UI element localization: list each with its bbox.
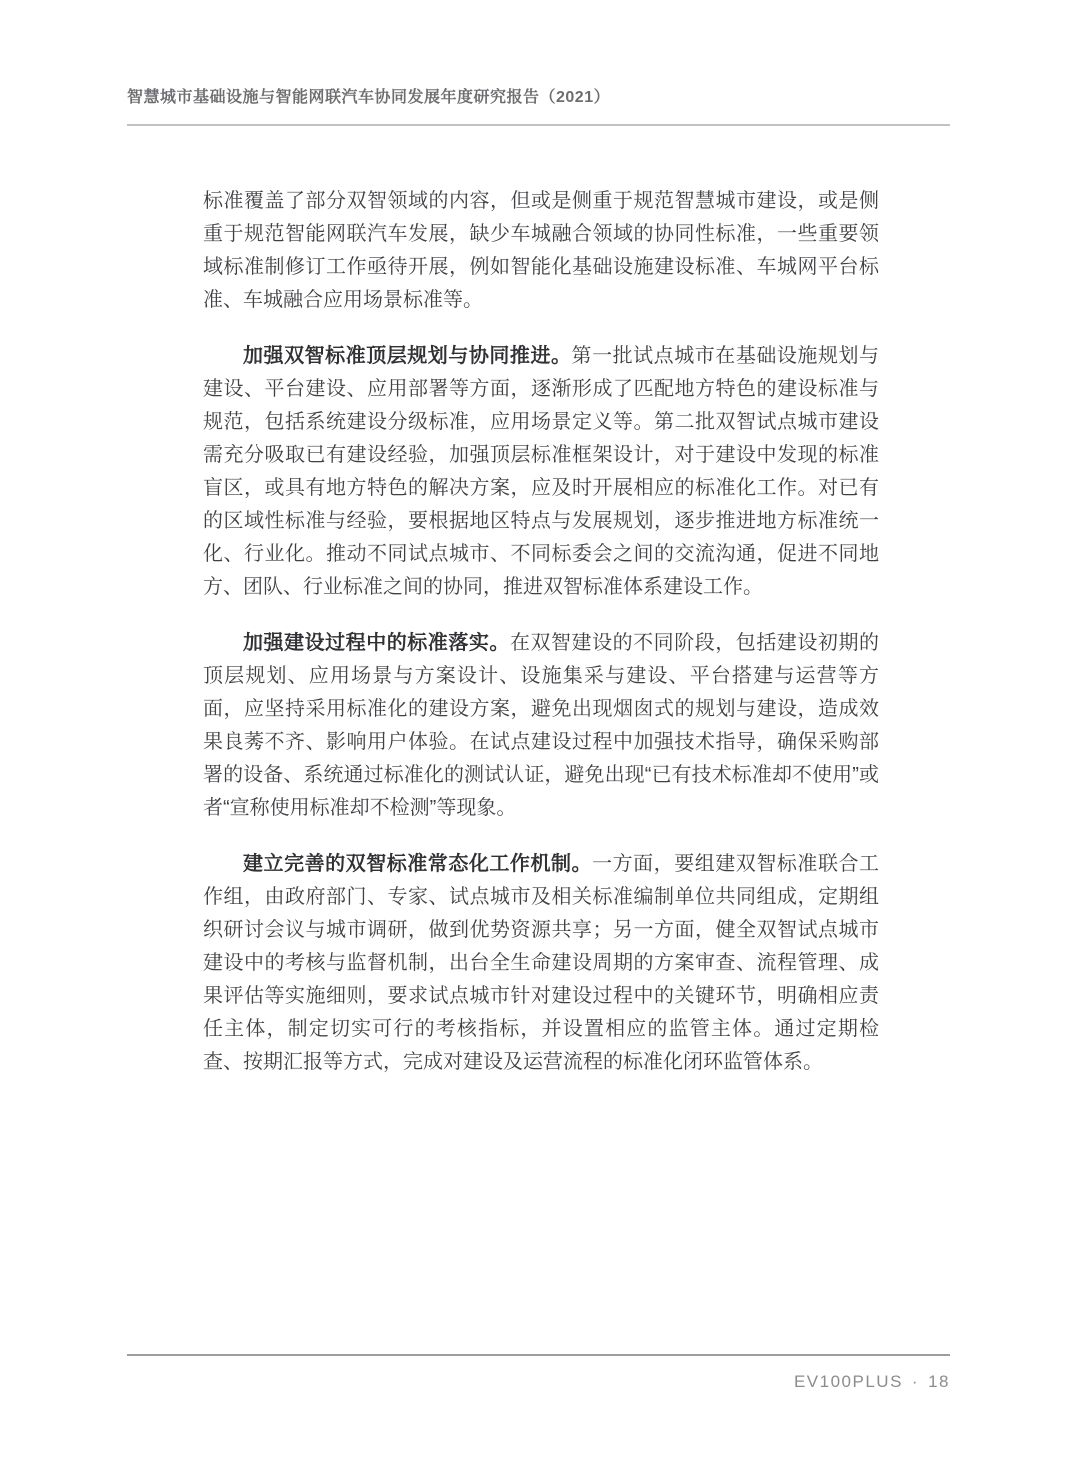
body-paragraph: 加强双智标准顶层规划与协同推进。第一批试点城市在基础设施规划与建设、平台建设、应… xyxy=(203,340,879,604)
footer-page-number: 18 xyxy=(928,1372,950,1391)
body-paragraph: 建立完善的双智标准常态化工作机制。一方面，要组建双智标准联合工作组，由政府部门、… xyxy=(203,848,879,1079)
paragraph-lead: 加强双智标准顶层规划与协同推进。 xyxy=(243,345,572,367)
paragraph-text: 在双智建设的不同阶段，包括建设初期的顶层规划、应用场景与方案设计、设施集采与建设… xyxy=(203,632,879,819)
header-divider xyxy=(127,124,950,126)
paragraph-lead: 建立完善的双智标准常态化工作机制。 xyxy=(243,853,592,875)
page-footer: EV100PLUS·18 xyxy=(127,1354,950,1392)
body-paragraph: 加强建设过程中的标准落实。在双智建设的不同阶段，包括建设初期的顶层规划、应用场景… xyxy=(203,627,879,825)
report-page: 智慧城市基础设施与智能网联汽车协同发展年度研究报告（2021） 标准覆盖了部分双… xyxy=(0,0,1080,1465)
paragraph-text: 第一批试点城市在基础设施规划与建设、平台建设、应用部署等方面，逐渐形成了匹配地方… xyxy=(203,345,879,598)
paragraph-lead: 加强建设过程中的标准落实。 xyxy=(243,632,510,654)
footer-separator: · xyxy=(912,1372,919,1391)
page-body: 标准覆盖了部分双智领域的内容，但或是侧重于规范智慧城市建设，或是侧重于规范智能网… xyxy=(203,185,879,1102)
footer-brand: EV100PLUS xyxy=(794,1372,903,1391)
paragraph-text: 一方面，要组建双智标准联合工作组，由政府部门、专家、试点城市及相关标准编制单位共… xyxy=(203,853,879,1073)
footer-text: EV100PLUS·18 xyxy=(127,1372,950,1392)
footer-divider xyxy=(127,1354,950,1356)
body-paragraph: 标准覆盖了部分双智领域的内容，但或是侧重于规范智慧城市建设，或是侧重于规范智能网… xyxy=(203,185,879,317)
running-head-title: 智慧城市基础设施与智能网联汽车协同发展年度研究报告（2021） xyxy=(127,88,950,107)
page-header: 智慧城市基础设施与智能网联汽车协同发展年度研究报告（2021） xyxy=(127,88,950,126)
paragraph-text: 标准覆盖了部分双智领域的内容，但或是侧重于规范智慧城市建设，或是侧重于规范智能网… xyxy=(203,190,879,311)
